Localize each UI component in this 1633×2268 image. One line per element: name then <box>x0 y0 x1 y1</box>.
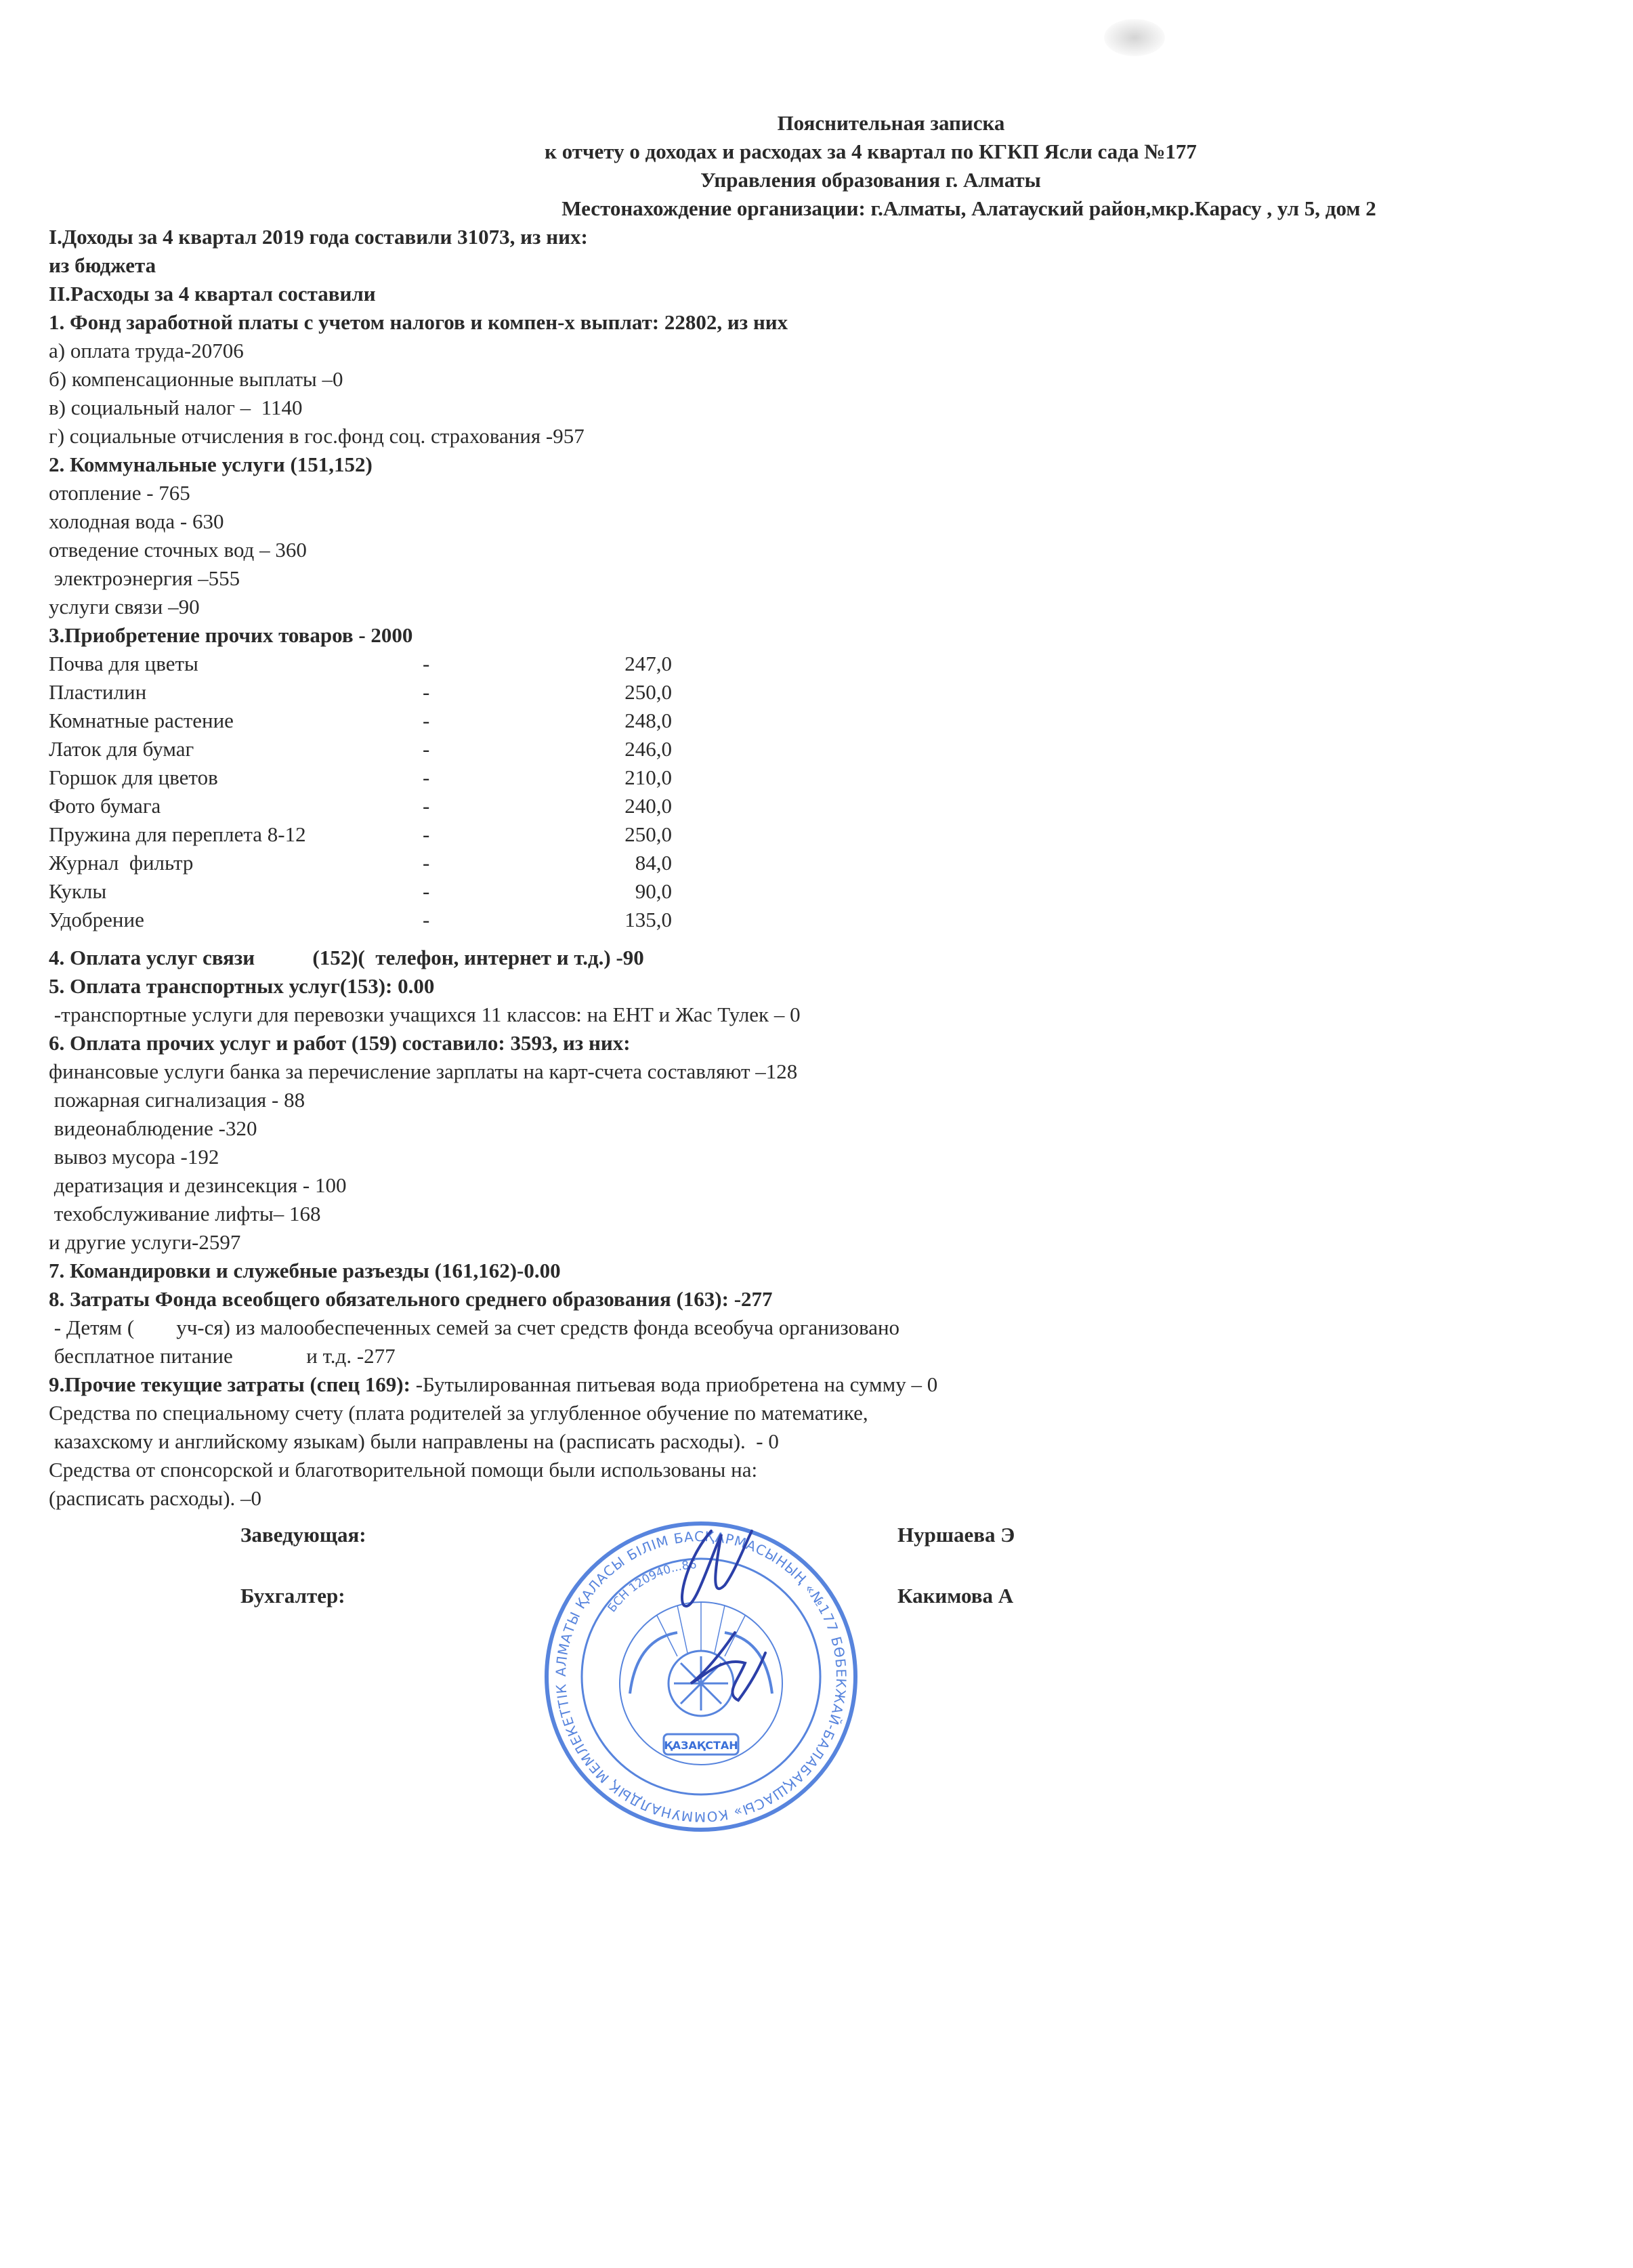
accountant-label: Бухгалтер: <box>240 1582 345 1610</box>
utilities-item: отопление - 765 <box>49 479 190 507</box>
other-services-item: и другие услуги-2597 <box>49 1228 240 1257</box>
goods-item-value: 247,0 <box>536 650 672 678</box>
goods-heading: 3.Приобретение прочих товаров - 2000 <box>49 621 412 650</box>
goods-item: Латок для бумаг-246,0 <box>49 735 658 763</box>
payroll-item: г) социальные отчисления в гос.фонд соц.… <box>49 422 585 450</box>
goods-item: Удобрение-135,0 <box>49 906 658 934</box>
other-services-item: пожарная сигнализация - 88 <box>49 1086 305 1114</box>
goods-item: Пластилин-250,0 <box>49 678 658 707</box>
goods-item: Журнал фильтр-84,0 <box>49 849 658 877</box>
goods-item-name: Почва для цветы <box>49 650 198 678</box>
utilities-item: электроэнергия –555 <box>49 564 240 593</box>
travel-heading: 7. Командировки и служебные разъезды (16… <box>49 1257 561 1285</box>
organization-location: Местонахождение организации: г.Алматы, А… <box>0 194 1633 223</box>
goods-item-value: 84,0 <box>536 849 672 877</box>
payroll-item: б) компенсационные выплаты –0 <box>49 365 343 394</box>
special-account-line: Средства по специальному счету (плата ро… <box>49 1399 868 1427</box>
goods-item-name: Пластилин <box>49 678 146 707</box>
other-services-item: техобслуживание лифты– 168 <box>49 1200 321 1228</box>
payroll-item: а) оплата труда-20706 <box>49 337 244 365</box>
other-services-item: дератизация и дезинсекция - 100 <box>49 1171 346 1200</box>
utilities-item: отведение сточных вод – 360 <box>49 536 307 564</box>
communications-heading: 4. Оплата услуг связи (152)( телефон, ин… <box>49 944 644 972</box>
goods-item-dash: - <box>423 763 429 792</box>
official-stamp-icon: АЛМАТЫ ҚАЛАСЫ БІЛІМ БАСҚАРМАСЫНЫҢ «№177 … <box>542 1517 860 1836</box>
other-services-item: видеонаблюдение -320 <box>49 1114 257 1143</box>
goods-item-value: 210,0 <box>536 763 672 792</box>
goods-item-value: 250,0 <box>536 678 672 707</box>
current-expenses-heading: 9.Прочие текущие затраты (спец 169): <box>49 1372 416 1396</box>
scan-smudge <box>1104 19 1165 56</box>
goods-item-dash: - <box>423 650 429 678</box>
sponsorship-line: (расписать расходы). –0 <box>49 1484 261 1513</box>
other-services-item: вывоз мусора -192 <box>49 1143 219 1171</box>
vseobuch-heading: 8. Затраты Фонда всеобщего обязательного… <box>49 1285 773 1314</box>
goods-item-dash: - <box>423 678 429 707</box>
goods-item-name: Комнатные растение <box>49 707 234 735</box>
vseobuch-note: бесплатное питание и т.д. -277 <box>49 1342 396 1370</box>
goods-item-dash: - <box>423 906 429 934</box>
goods-item-value: 240,0 <box>536 792 672 820</box>
transport-note: -транспортные услуги для перевозки учащи… <box>49 1001 801 1029</box>
document-title: Пояснительная записка <box>0 109 1633 138</box>
document-page: Пояснительная записка к отчету о доходах… <box>0 0 1633 2268</box>
goods-item-name: Фото бумага <box>49 792 161 820</box>
goods-item-value: 246,0 <box>536 735 672 763</box>
head-label: Заведующая: <box>240 1521 366 1549</box>
document-department: Управления образования г. Алматы <box>0 166 1633 194</box>
accountant-name: Какимова А <box>897 1582 1013 1610</box>
other-services-item: финансовые услуги банка за перечисление … <box>49 1057 797 1086</box>
goods-item-value: 135,0 <box>536 906 672 934</box>
special-account-line: казахскому и английскому языкам) были на… <box>49 1427 779 1456</box>
vseobuch-note: - Детям ( уч-ся) из малообеспеченных сем… <box>49 1314 899 1342</box>
goods-item: Почва для цветы-247,0 <box>49 650 658 678</box>
payroll-heading: 1. Фонд заработной платы с учетом налого… <box>49 308 788 337</box>
goods-item-name: Латок для бумаг <box>49 735 194 763</box>
goods-item-dash: - <box>423 877 429 906</box>
signature-icon <box>682 1531 765 1700</box>
goods-item: Пружина для переплета 8-12-250,0 <box>49 820 658 849</box>
goods-item-name: Куклы <box>49 877 106 906</box>
current-expenses-line: 9.Прочие текущие затраты (спец 169): -Бу… <box>49 1370 937 1399</box>
goods-item: Куклы-90,0 <box>49 877 658 906</box>
sponsorship-line: Средства от спонсорской и благотворитель… <box>49 1456 757 1484</box>
goods-item-value: 248,0 <box>536 707 672 735</box>
goods-item: Горшок для цветов-210,0 <box>49 763 658 792</box>
income-heading: I.Доходы за 4 квартал 2019 года составил… <box>49 223 588 251</box>
goods-item-value: 250,0 <box>536 820 672 849</box>
utilities-heading: 2. Коммунальные услуги (151,152) <box>49 450 373 479</box>
document-subtitle: к отчету о доходах и расходах за 4 кварт… <box>0 138 1633 166</box>
utilities-item: холодная вода - 630 <box>49 507 224 536</box>
payroll-item: в) социальный налог – 1140 <box>49 394 302 422</box>
goods-item-name: Пружина для переплета 8-12 <box>49 820 306 849</box>
stamp-center-text: ҚАЗАҚСТАН <box>664 1739 738 1752</box>
goods-item-dash: - <box>423 735 429 763</box>
goods-item-name: Удобрение <box>49 906 144 934</box>
goods-item-dash: - <box>423 849 429 877</box>
current-expenses-text: -Бутылированная питьевая вода приобретен… <box>416 1372 938 1396</box>
goods-item: Комнатные растение-248,0 <box>49 707 658 735</box>
other-services-heading: 6. Оплата прочих услуг и работ (159) сос… <box>49 1029 631 1057</box>
goods-item-dash: - <box>423 792 429 820</box>
goods-item-name: Журнал фильтр <box>49 849 193 877</box>
goods-item: Фото бумага-240,0 <box>49 792 658 820</box>
expenses-heading: II.Расходы за 4 квартал составили <box>49 280 376 308</box>
head-name: Нуршаева Э <box>897 1521 1015 1549</box>
goods-item-dash: - <box>423 820 429 849</box>
goods-item-value: 90,0 <box>536 877 672 906</box>
goods-item-dash: - <box>423 707 429 735</box>
transport-heading: 5. Оплата транспортных услуг(153): 0.00 <box>49 972 434 1001</box>
income-source: из бюджета <box>49 251 156 280</box>
utilities-item: услуги связи –90 <box>49 593 200 621</box>
goods-item-name: Горшок для цветов <box>49 763 218 792</box>
